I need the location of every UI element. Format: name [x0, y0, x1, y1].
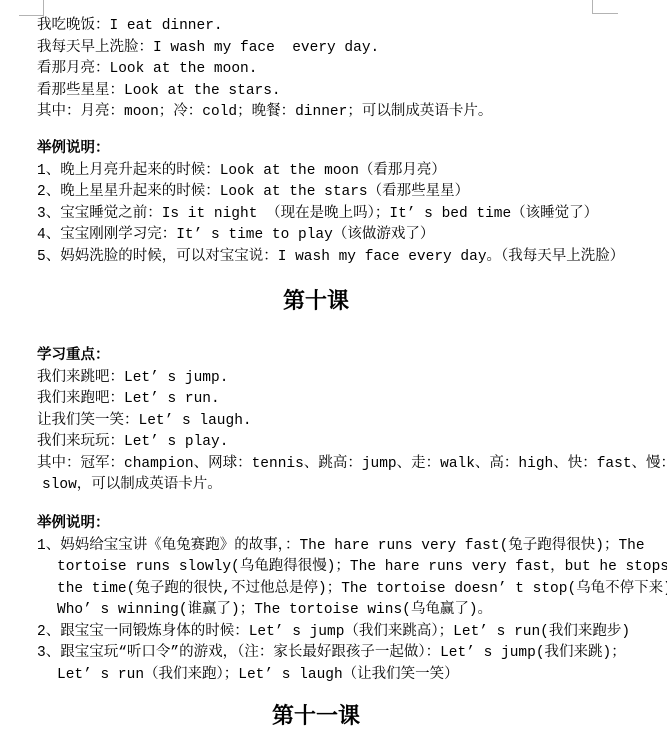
- text-line: 4、宝宝刚刚学习完：It’ s time to play（该做游戏了）: [37, 225, 637, 247]
- crop-mark-top-left-vertical: [43, 0, 44, 15]
- text-line: 我们来玩玩：Let’ s play.: [37, 432, 637, 454]
- text-line: 其中：月亮：moon；冷：cold；晚餐：dinner；可以制成英语卡片。: [37, 102, 637, 124]
- text-line: 看那月亮：Look at the moon.: [37, 59, 637, 81]
- text-line: 我每天早上洗脸：I wash my face every day.: [37, 38, 637, 60]
- text-line: 看那些星星：Look at the stars.: [37, 81, 637, 103]
- lesson-title: 第十课: [37, 290, 595, 316]
- text-line: 我们来跳吧：Let’ s jump.: [37, 368, 637, 390]
- text-line: 举例说明：: [37, 139, 637, 161]
- text-line: tortoise runs slowly(乌龟跑得很慢)；The hare ru…: [37, 557, 637, 579]
- text-line: 我吃晚饭：I eat dinner.: [37, 16, 637, 38]
- text-line: slow，可以制成英语卡片。: [37, 475, 637, 497]
- lesson-title: 第十一课: [37, 705, 595, 731]
- text-line: 2、跟宝宝一同锻炼身体的时候：Let’ s jump（我们来跳高）；Let’ s…: [37, 622, 637, 644]
- text-line: Who’ s winning(谁赢了)；The tortoise wins(乌龟…: [37, 600, 637, 622]
- text-line: Let’ s run（我们来跑）；Let’ s laugh（让我们笑一笑）: [37, 665, 637, 687]
- section-lesson11-title: 第十一课: [37, 705, 595, 731]
- section-lesson10-examples: 举例说明：1、妈妈给宝宝讲《龟兔赛跑》的故事，：The hare runs ve…: [37, 514, 637, 686]
- text-line: 举例说明：: [37, 514, 637, 536]
- section-lesson10-keypoints: 学习重点：我们来跳吧：Let’ s jump.我们来跑吧：Let’ s run.…: [37, 346, 637, 497]
- text-line: 5、妈妈洗脸的时候，可以对宝宝说：I wash my face every da…: [37, 247, 637, 269]
- text-line: 学习重点：: [37, 346, 637, 368]
- crop-mark-top-right-horizontal: [592, 13, 618, 14]
- section-lesson10-title: 第十课: [37, 290, 595, 316]
- crop-mark-top-right-vertical: [592, 0, 593, 13]
- text-line: 我们来跑吧：Let’ s run.: [37, 389, 637, 411]
- text-line: the time(兔子跑的很快,不过他总是停)；The tortoise doe…: [37, 579, 637, 601]
- text-line: 其中：冠军：champion、网球：tennis、跳高：jump、走：walk、…: [37, 454, 637, 476]
- section-lesson9-keypoints: 我吃晚饭：I eat dinner.我每天早上洗脸：I wash my face…: [37, 16, 637, 124]
- text-line: 3、宝宝睡觉之前：Is it night （现在是晚上吗）；It’ s bed …: [37, 204, 637, 226]
- text-line: 2、晚上星星升起来的时候：Look at the stars（看那些星星）: [37, 182, 637, 204]
- document-page: 我吃晚饭：I eat dinner.我每天早上洗脸：I wash my face…: [0, 0, 667, 753]
- text-line: 1、晚上月亮升起来的时候：Look at the moon（看那月亮）: [37, 161, 637, 183]
- text-line: 1、妈妈给宝宝讲《龟兔赛跑》的故事，：The hare runs very fa…: [37, 536, 637, 558]
- section-lesson9-examples: 举例说明：1、晚上月亮升起来的时候：Look at the moon（看那月亮）…: [37, 139, 637, 268]
- text-line: 3、跟宝宝玩“听口令”的游戏，（注：家长最好跟孩子一起做）：Let’ s jum…: [37, 643, 637, 665]
- text-line: 让我们笑一笑：Let’ s laugh.: [37, 411, 637, 433]
